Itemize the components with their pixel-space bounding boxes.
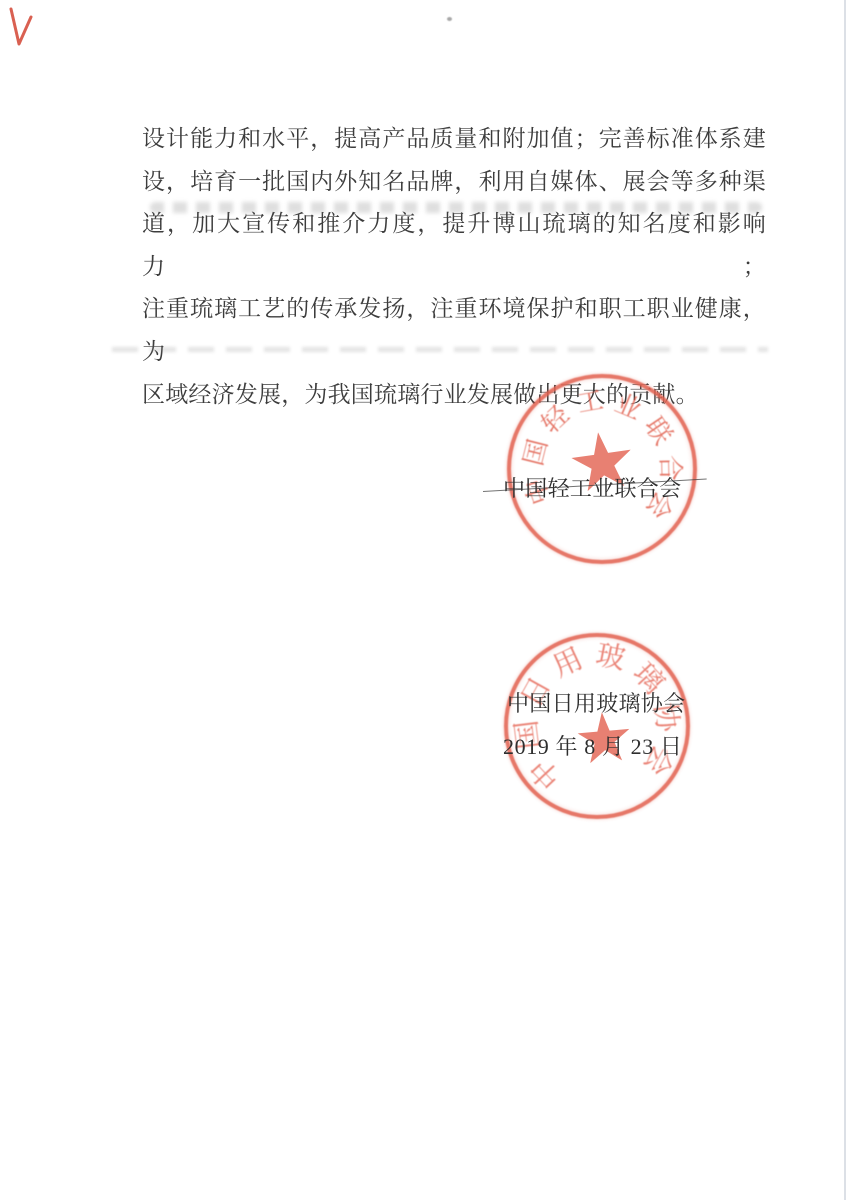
seal-arc-text: 中国日用玻璃协会 (504, 633, 690, 819)
seal-stamp-light-industry: 中国轻工业联合会 (507, 374, 697, 564)
corner-red-mark (6, 6, 34, 54)
document-page: 设计能力和水平，提高产品质量和附加值；完善标准体系建 设，培育一批国内外知名品牌… (0, 0, 848, 1200)
paragraph-line: 设计能力和水平，提高产品质量和附加值；完善标准体系建 (142, 118, 766, 161)
ink-smudge-band (150, 202, 762, 213)
scan-streak (112, 347, 768, 352)
paragraph-line: 设，培育一批国内外知名品牌，利用自媒体、展会等多种渠 (142, 161, 766, 204)
org-name-glass-association: 中国日用玻璃协会 (507, 687, 685, 718)
paper-speck (447, 17, 452, 21)
seal-stamp-glass-association: 中国日用玻璃协会 (504, 633, 690, 819)
seal-arc-text: 中国轻工业联合会 (507, 374, 697, 564)
body-paragraph: 设计能力和水平，提高产品质量和附加值；完善标准体系建 设，培育一批国内外知名品牌… (142, 118, 766, 416)
signature-date: 2019 年 8 月 23 日 (503, 730, 683, 761)
paragraph-line: 注重琉璃工艺的传承发扬，注重环境保护和职工职业健康，为 (142, 288, 766, 373)
scan-edge-line (844, 0, 846, 1200)
paragraph-line: 道，加大宣传和推介力度，提升博山琉璃的知名度和影响力； (142, 203, 766, 288)
